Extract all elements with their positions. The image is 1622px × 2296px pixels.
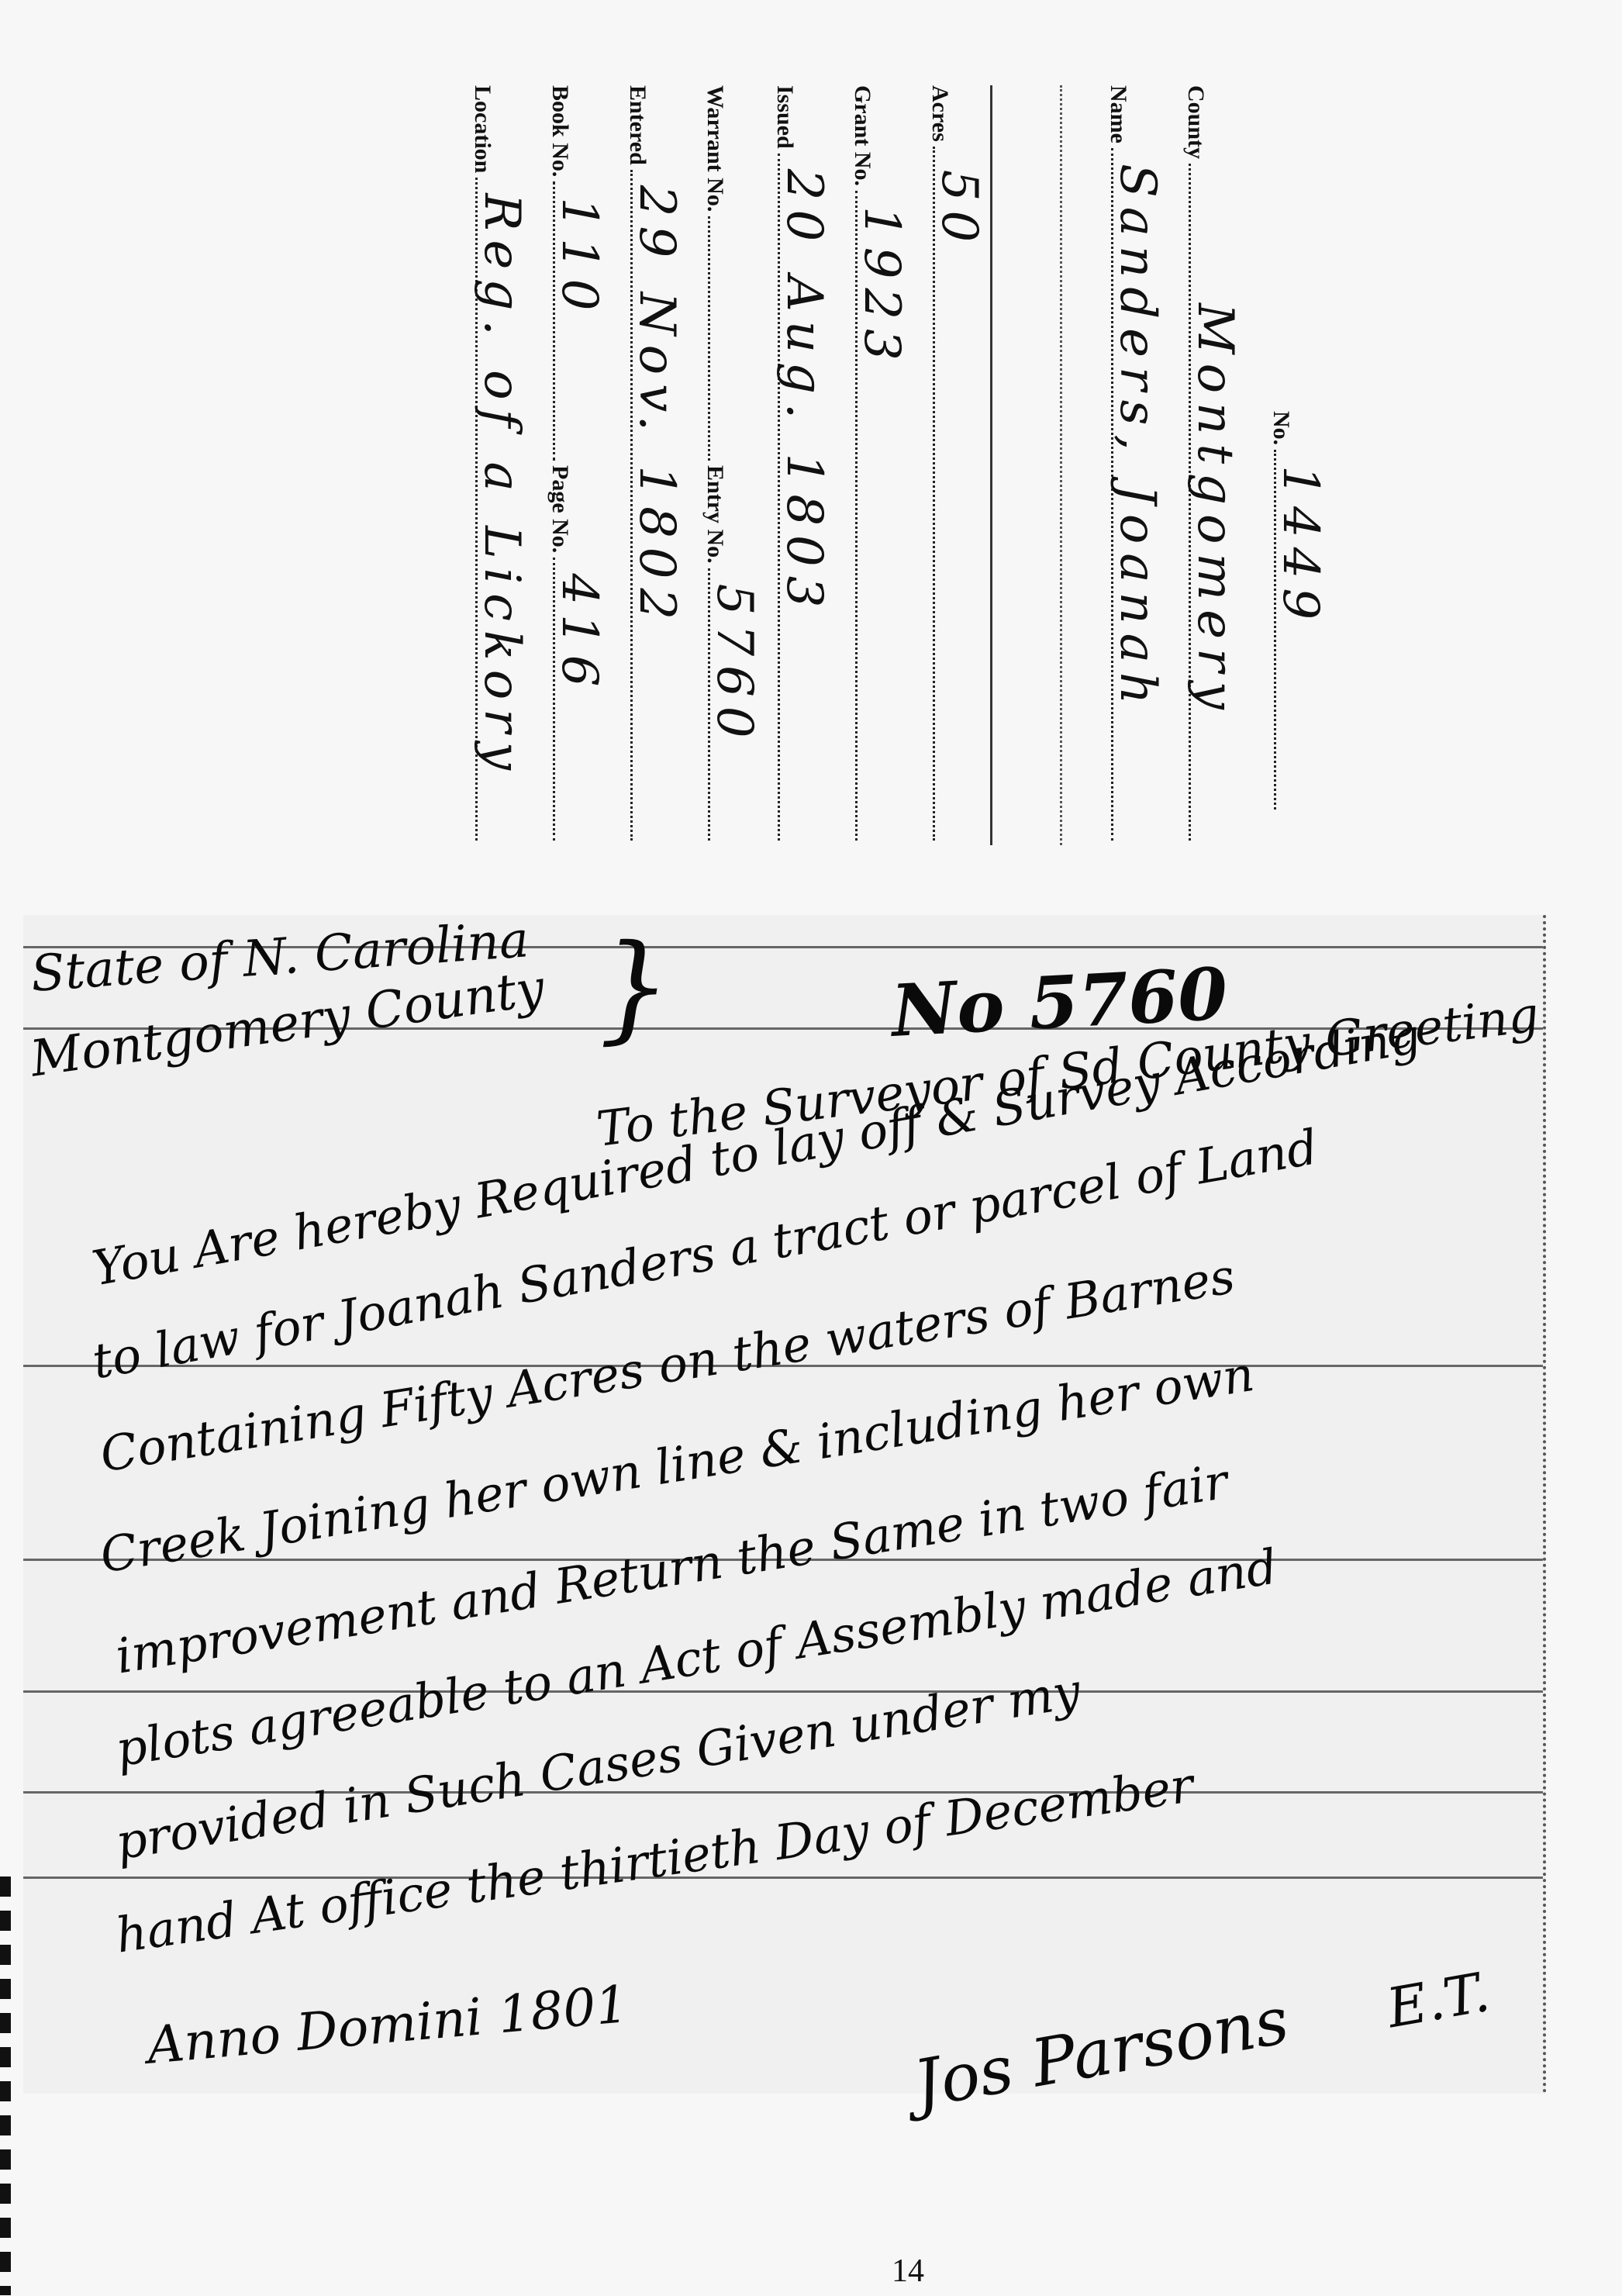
entry-label: Entry No. xyxy=(702,465,728,564)
card-acres-row: Acres 50 xyxy=(927,85,954,845)
county-label: County xyxy=(1182,85,1209,159)
page-label: Page No. xyxy=(547,465,573,553)
location-label: Location xyxy=(469,85,495,173)
card-name-row: Name Sanders, Joanah xyxy=(1105,85,1132,845)
issued-label: Issued xyxy=(771,85,798,149)
card-no-row: No. 1449 xyxy=(1268,411,1295,814)
index-card: No. 1449 County Montgomery Name Sanders,… xyxy=(155,85,1318,845)
brace: } xyxy=(595,928,673,1047)
entry-value: 5760 xyxy=(706,584,763,747)
entered-value: 29 Nov. 1802 xyxy=(628,185,685,629)
warrant-line: hand At office the thirtieth Day of Dece… xyxy=(112,1756,1197,1963)
warrant-label: Warrant No. xyxy=(702,85,728,212)
location-value: Reg. of a Lickory xyxy=(473,193,530,779)
name-value: Sanders, Joanah xyxy=(1109,164,1166,713)
no-value: 1449 xyxy=(1272,465,1329,629)
warrant-date: Anno Domini 1801 xyxy=(145,1974,631,2076)
acres-value: 50 xyxy=(930,170,988,251)
card-divider xyxy=(1060,85,1062,845)
grant-value: 1923 xyxy=(853,206,910,370)
issued-value: 20 Aug. 1803 xyxy=(775,169,833,617)
card-warrant-row: Warrant No. Entry No. 5760 xyxy=(702,85,729,845)
entered-label: Entered xyxy=(624,85,651,165)
acres-label: Acres xyxy=(927,85,953,142)
grant-label: Grant No. xyxy=(849,85,875,186)
spiral-binding xyxy=(0,1877,11,2295)
signature: Jos Parsons xyxy=(908,1982,1294,2122)
land-warrant: State of N. Carolina Montgomery County }… xyxy=(23,915,1546,2094)
name-label: Name xyxy=(1105,85,1131,143)
card-issued-row: Issued 20 Aug. 1803 xyxy=(771,85,799,845)
card-divider xyxy=(990,85,992,845)
card-county-row: County Montgomery xyxy=(1182,85,1210,845)
card-grant-row: Grant No. 1923 xyxy=(849,85,876,845)
county-value: Montgomery xyxy=(1186,303,1244,719)
card-book-row: Book No. 110 Page No. 416 xyxy=(547,85,574,845)
book-value: 110 xyxy=(550,197,608,319)
no-label: No. xyxy=(1268,411,1294,445)
page-number: 14 xyxy=(892,2253,924,2290)
signature-title: E.T. xyxy=(1382,1960,1494,2041)
page-value: 416 xyxy=(550,573,608,696)
card-location-row: Location Reg. of a Lickory xyxy=(469,85,496,845)
book-label: Book No. xyxy=(547,85,573,177)
card-entered-row: Entered 29 Nov. 1802 xyxy=(624,85,651,845)
